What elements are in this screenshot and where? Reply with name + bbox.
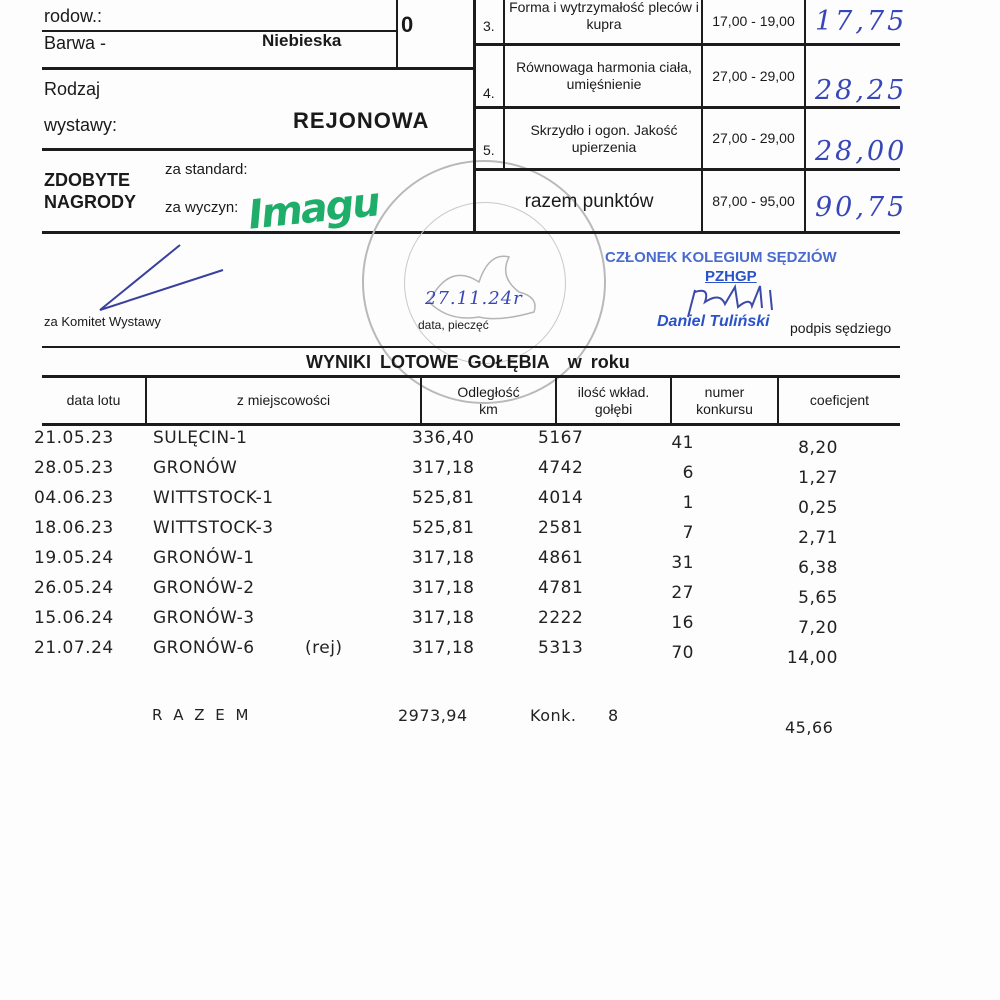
cell-birds: 5313 xyxy=(538,638,583,658)
table-row: 21.05.23SULĘCIN-1336,405167418,20 xyxy=(0,428,1000,458)
cell-date: 19.05.24 xyxy=(34,548,114,568)
zdobyte-label: ZDOBYTE xyxy=(44,170,130,191)
cell-num: 31 xyxy=(671,553,694,573)
total-konk-count: 8 xyxy=(608,706,619,725)
cell-place: SULĘCIN-1 xyxy=(153,428,248,448)
cell-place: GRONÓW-2 xyxy=(153,578,255,598)
score-range: 27,00 - 29,00 xyxy=(703,46,804,106)
judge-name: Daniel Tuliński xyxy=(657,313,770,331)
cell-km: 525,81 xyxy=(412,518,474,538)
total-points-range: 87,00 - 95,00 xyxy=(703,171,804,231)
cell-num: 1 xyxy=(683,493,694,513)
cell-birds: 5167 xyxy=(538,428,583,448)
cell-km: 317,18 xyxy=(412,548,474,568)
rodzaj-label: Rodzaj xyxy=(44,79,100,100)
cell-place: WITTSTOCK-1 xyxy=(153,488,274,508)
column-header-birds: ilość wkład. gołębi xyxy=(557,378,670,423)
cell-date: 26.05.24 xyxy=(34,578,114,598)
cell-km: 317,18 xyxy=(412,458,474,478)
cell-date: 21.05.23 xyxy=(34,428,114,448)
barwa-value: Niebieska xyxy=(262,31,341,51)
cell-birds: 2581 xyxy=(538,518,583,538)
cell-date: 21.07.24 xyxy=(34,638,114,658)
divider xyxy=(42,346,900,348)
score-criteria: Forma i wytrzymałość pleców i kupra xyxy=(506,0,702,43)
divider xyxy=(474,231,900,234)
za-wyczyn-label: za wyczyn: xyxy=(165,199,238,216)
cell-num: 16 xyxy=(671,613,694,633)
divider xyxy=(396,0,398,70)
total-distance: 2973,94 xyxy=(398,706,468,725)
score-row-number: 4. xyxy=(483,85,495,101)
column-header-date: data lotu xyxy=(42,378,145,423)
cell-num: 41 xyxy=(671,433,694,453)
nagrody-label: NAGRODY xyxy=(44,192,136,213)
rodzaj-label-2: wystawy: xyxy=(44,115,117,136)
divider xyxy=(42,423,900,426)
score-criteria: Skrzydło i ogon. Jakość upierzenia xyxy=(506,109,702,168)
table-row: 18.06.23WITTSTOCK-3525,81258172,71 xyxy=(0,518,1000,548)
cell-km: 317,18 xyxy=(412,638,474,658)
score-value: 28,25 xyxy=(815,75,907,106)
komitet-label: za Komitet Wystawy xyxy=(44,314,161,329)
column-header-coefficient: coeficjent xyxy=(779,378,900,423)
total-coefficient: 45,66 xyxy=(785,718,833,737)
judge-stamp-line1: CZŁONEK KOLEGIUM SĘDZIÓW xyxy=(605,249,837,266)
cell-birds: 4781 xyxy=(538,578,583,598)
cell-num: 7 xyxy=(683,523,694,543)
column-header-distance: Odległość km xyxy=(422,378,555,423)
cell-birds: 2222 xyxy=(538,608,583,628)
total-label: R A Z E M xyxy=(152,706,251,724)
cell-coef: 1,27 xyxy=(798,468,838,488)
cell-km: 336,40 xyxy=(412,428,474,448)
cell-place: GRONÓW xyxy=(153,458,237,478)
judge-signature-label: podpis sędziego xyxy=(790,320,891,336)
cell-date: 18.06.23 xyxy=(34,518,114,538)
cell-place: GRONÓW-1 xyxy=(153,548,255,568)
cell-km: 317,18 xyxy=(412,608,474,628)
score-criteria: Równowaga harmonia ciała, umięśnienie xyxy=(506,46,702,106)
cell-km: 317,18 xyxy=(412,578,474,598)
cell-km: 525,81 xyxy=(412,488,474,508)
cell-place: GRONÓW-6 xyxy=(153,638,255,658)
table-row: 21.07.24GRONÓW-6(rej)317,1853137014,00 xyxy=(0,638,1000,668)
cell-birds: 4861 xyxy=(538,548,583,568)
table-row: 28.05.23GRONÓW317,18474261,27 xyxy=(0,458,1000,488)
cell-num: 27 xyxy=(671,583,694,603)
cell-coef: 8,20 xyxy=(798,438,838,458)
results-total-row: R A Z E M 2973,94 Konk. 8 45,66 xyxy=(0,706,1000,736)
cell-place: WITTSTOCK-3 xyxy=(153,518,274,538)
cell-date: 15.06.24 xyxy=(34,608,114,628)
cell-coef: 0,25 xyxy=(798,498,838,518)
table-row: 04.06.23WITTSTOCK-1525,81401410,25 xyxy=(0,488,1000,518)
total-konk-label: Konk. xyxy=(530,706,576,725)
wyczyn-handwritten-value: Imagu xyxy=(246,179,381,238)
barwa-label: Barwa - xyxy=(44,33,106,54)
divider xyxy=(42,67,474,70)
score-value: 28,00 xyxy=(815,136,907,167)
cell-birds: 4742 xyxy=(538,458,583,478)
table-row: 19.05.24GRONÓW-1317,184861316,38 xyxy=(0,548,1000,578)
rodow-label: rodow.: xyxy=(44,6,102,27)
column-header-contest-number: numer konkursu xyxy=(672,378,777,423)
cell-coef: 6,38 xyxy=(798,558,838,578)
cell-date: 04.06.23 xyxy=(34,488,114,508)
zero-value: 0 xyxy=(401,12,413,38)
cell-num: 70 xyxy=(671,643,694,663)
cell-date: 28.05.23 xyxy=(34,458,114,478)
cell-num: 6 xyxy=(683,463,694,483)
divider xyxy=(42,30,397,32)
score-value: 17,75 xyxy=(815,6,907,37)
divider xyxy=(804,0,806,233)
column-header-place: z miejscowości xyxy=(147,378,420,423)
table-row: 15.06.24GRONÓW-3317,182222167,20 xyxy=(0,608,1000,638)
cell-coef: 14,00 xyxy=(787,648,838,668)
cell-coef: 2,71 xyxy=(798,528,838,548)
total-points-label: razem punktów xyxy=(476,171,702,231)
committee-signature xyxy=(95,240,235,315)
results-title: WYNIKI LOTOWE GOŁĘBIA w roku xyxy=(306,352,630,373)
cell-coef: 7,20 xyxy=(798,618,838,638)
divider xyxy=(42,148,474,151)
cell-coef: 5,65 xyxy=(798,588,838,608)
cell-place: GRONÓW-3 xyxy=(153,608,255,628)
score-row-number: 5. xyxy=(483,142,495,158)
data-pieczec-label: data, pieczęć xyxy=(418,318,489,332)
score-range: 17,00 - 19,00 xyxy=(703,0,804,43)
stamp-date: 27.11.24r xyxy=(425,288,523,309)
divider xyxy=(503,0,505,170)
rodzaj-value: REJONOWA xyxy=(293,108,429,134)
cell-birds: 4014 xyxy=(538,488,583,508)
score-row-number: 3. xyxy=(483,18,495,34)
score-range: 27,00 - 29,00 xyxy=(703,109,804,168)
total-points-value: 90,75 xyxy=(815,192,907,223)
cell-note: (rej) xyxy=(305,638,343,658)
za-standard-label: za standard: xyxy=(165,161,248,178)
table-row: 26.05.24GRONÓW-2317,184781275,65 xyxy=(0,578,1000,608)
